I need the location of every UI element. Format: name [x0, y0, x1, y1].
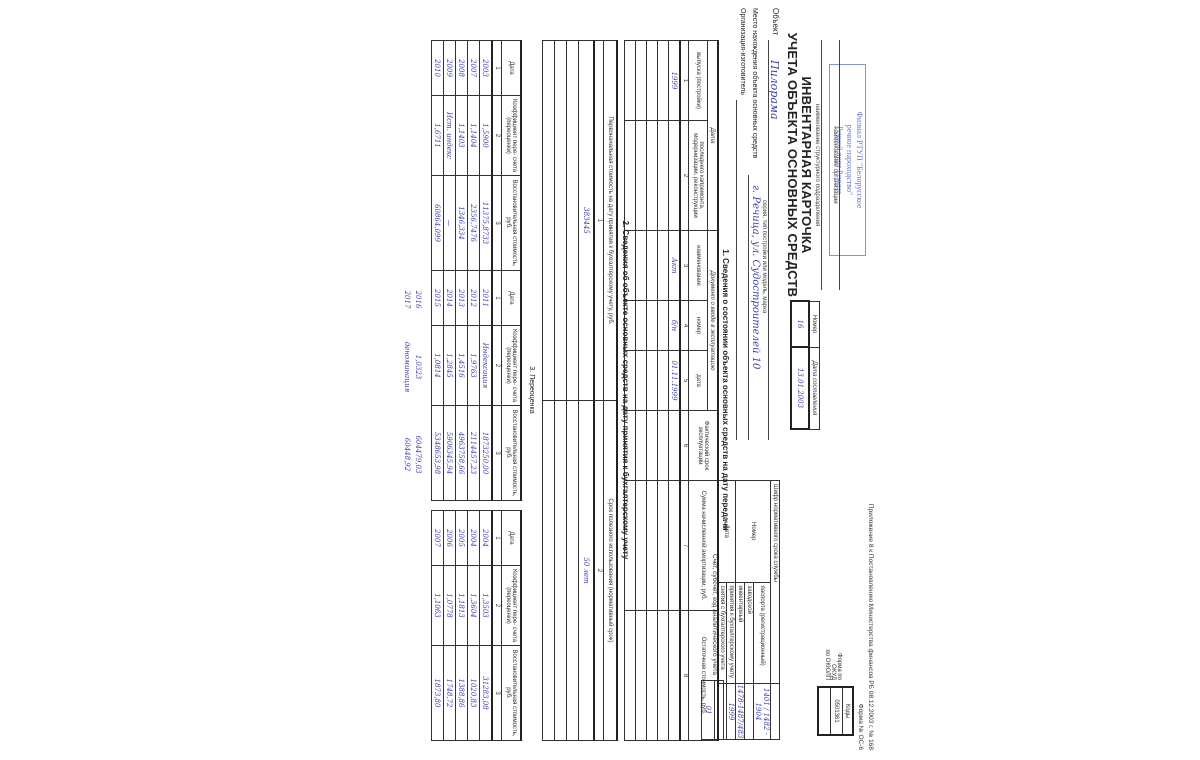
- reval-cost[interactable]: 1020,83: [468, 646, 480, 741]
- s2-useful-life[interactable]: 50 лет: [579, 401, 595, 741]
- reval-cost-header: Восстановительная стоимость, руб.: [502, 406, 522, 501]
- side-number-label: Номер: [736, 481, 771, 583]
- okud-code: 0501361: [831, 687, 843, 735]
- section2-table: Первоначальная стоимость на дату приняти…: [542, 40, 618, 741]
- reval-date[interactable]: 2014: [444, 271, 456, 326]
- reval-extra-cost[interactable]: 60448,92: [403, 407, 411, 502]
- reval-date[interactable]: 2011: [480, 271, 493, 326]
- form-number: Форма № ОС-6: [857, 600, 864, 750]
- revaluation-extra-row: 2017деноминация60448,92: [403, 272, 411, 502]
- org-name-caption: наименование организации: [832, 40, 838, 290]
- dept-name-caption: наименование структурного подразделения: [814, 40, 820, 290]
- reval-coefficient[interactable]: 1,0814: [432, 326, 444, 406]
- org-name-line: [839, 40, 840, 290]
- reval-date[interactable]: 2005: [456, 511, 468, 566]
- inventory-number-value[interactable]: 1478-1487/483: [736, 684, 745, 740]
- reval-extra-cost[interactable]: 604479,03: [414, 407, 422, 502]
- s1-date-group: Дата: [708, 41, 719, 231]
- revaluation-row: 20151,08145348653,98: [432, 271, 444, 501]
- okpo-label: по ОКЮЛП: [824, 640, 830, 680]
- revaluation-row: 2011Индексация1873250,00: [480, 271, 493, 501]
- object-value[interactable]: Пилорама: [768, 60, 781, 120]
- reval-date[interactable]: 2015: [432, 271, 444, 326]
- reval-date-header: Дата: [502, 41, 522, 96]
- section1-table: Дата Документ о вводе в эксплуатацию Фак…: [624, 40, 719, 741]
- s2-col2-label: Срок полезного использования (нормативны…: [604, 401, 618, 741]
- reval-extra-date[interactable]: 2016: [414, 272, 422, 327]
- s1-data-row: 1999 Акт б/н 01.11.1999: [669, 41, 681, 741]
- s1-col6-label: Фактический срок эксплуатации: [689, 411, 719, 481]
- reval-coefficient[interactable]: 1,3503: [480, 566, 493, 646]
- location-label: Место нахождения объекта основных средст…: [751, 8, 758, 158]
- codes-header: Коды: [843, 687, 854, 735]
- s1-repair-date[interactable]: [669, 121, 681, 231]
- reval-coefficient[interactable]: Ист. индекс: [444, 96, 456, 176]
- reval-coefficient[interactable]: 1,1404: [468, 96, 480, 176]
- reval-cost-header: Восстановительная стоимость, руб.: [502, 176, 522, 271]
- revaluation-table-2: ДатаКоэффициент пере- счета (переоценки)…: [431, 270, 522, 501]
- s1-service-life[interactable]: [669, 411, 681, 481]
- stamp-line-1: Филиал РТУП "Белорусское: [854, 65, 864, 255]
- reval-cost[interactable]: 60864,099: [432, 176, 444, 271]
- manufacturer-label: Организация-изготовитель: [739, 8, 746, 95]
- s1-doc-name[interactable]: Акт: [669, 231, 681, 301]
- reval-date[interactable]: 2006: [444, 511, 456, 566]
- s1-empty-row: [636, 41, 647, 741]
- reval-coef-header: Коэффициент пере- счета (переоценки): [502, 326, 522, 406]
- reval-cost[interactable]: 2356,7476: [468, 176, 480, 271]
- reval-extra-coefficient[interactable]: 1,0323: [414, 327, 422, 407]
- revaluation-row: 20071,10631873,80: [432, 511, 444, 741]
- section1-title: 1. Сведения о состоянии объекта основных…: [721, 40, 730, 740]
- reval-extra-date[interactable]: 2017: [403, 272, 411, 327]
- reval-coefficient[interactable]: 1,9763: [468, 326, 480, 406]
- reval-cost[interactable]: 31283,08: [480, 646, 493, 741]
- inventory-card-page: Приложение 8 к Постановлению Министерств…: [340, 0, 880, 760]
- reval-date[interactable]: 2004: [480, 511, 493, 566]
- reval-date[interactable]: 2010: [432, 41, 444, 96]
- revaluation-row: 20081,14031346,334: [456, 41, 468, 271]
- revaluation-row: 20071,14042356,7476: [468, 41, 480, 271]
- s1-release-date[interactable]: 1999: [669, 41, 681, 121]
- s1-col7-label: Сумма начисленной амортизации, руб.: [689, 481, 719, 611]
- reval-coefficient[interactable]: 1,0778: [444, 566, 456, 646]
- title-line-1: ИНВЕНТАРНАЯ КАРТОЧКА: [799, 40, 814, 290]
- dept-name-line: [821, 40, 822, 290]
- reval-coefficient[interactable]: Индексация: [480, 326, 493, 406]
- reval-cost[interactable]: 5348653,98: [432, 406, 444, 501]
- s2-col1-label: Первоначальная стоимость на дату приняти…: [604, 41, 618, 401]
- reval-coefficient[interactable]: 1,1063: [432, 566, 444, 646]
- reval-cost[interactable]: 1388,86: [456, 646, 468, 741]
- s1-empty-row: [658, 41, 669, 741]
- s1-depreciation[interactable]: [669, 481, 681, 611]
- reval-extra-coefficient[interactable]: деноминация: [403, 327, 411, 407]
- s1-doc-number[interactable]: б/н: [669, 301, 681, 351]
- passport-value[interactable]: 1401 / 1482 - 1904: [754, 684, 771, 740]
- title-line-2: УЧЕТА ОБЪЕКТА ОСНОВНЫХ СРЕДСТВ: [785, 25, 800, 305]
- card-date-label: Дата составления: [809, 347, 820, 429]
- reval-cost[interactable]: 1873250,00: [480, 406, 493, 501]
- location-value[interactable]: г. Речица, ул. Судостроителей 10: [750, 185, 761, 369]
- appendix-text: Приложение 8 к Постановлению Министерств…: [867, 400, 874, 750]
- s1-col1-label: выпуска (постройки): [689, 41, 708, 121]
- reval-date-header: Дата: [502, 271, 522, 326]
- card-number-value[interactable]: 16: [791, 301, 809, 347]
- revaluation-table-3: ДатаКоэффициент пере- счета (переоценки)…: [431, 510, 522, 741]
- reval-coefficient[interactable]: 1,4516: [456, 326, 468, 406]
- reval-cost[interactable]: 1346,334: [456, 176, 468, 271]
- factory-number-value[interactable]: [745, 684, 754, 740]
- reval-date-header: Дата: [502, 511, 522, 566]
- revaluation-row: 20061,07781748,72: [444, 511, 456, 741]
- revaluation-row: 20121,97632114457,23: [468, 271, 480, 501]
- reval-coefficient[interactable]: 1,5900: [480, 96, 493, 176]
- reval-date[interactable]: 2007: [468, 41, 480, 96]
- s1-col8-label: Остаточная стоимость, руб.: [689, 611, 719, 741]
- section3-title: 3. Переоценка: [528, 40, 535, 740]
- s1-doc-date[interactable]: 01.11.1999: [669, 351, 681, 411]
- reval-coefficient[interactable]: 1,6711: [432, 96, 444, 176]
- revaluation-row: 20031,590011375,8733: [480, 41, 493, 271]
- cipher-label: Шифр нормативного срока службы: [771, 481, 780, 684]
- reval-cost[interactable]: —: [444, 176, 456, 271]
- reval-cost-header: Восстановительная стоимость, руб.: [502, 646, 522, 741]
- reval-coefficient[interactable]: 1,2845: [444, 326, 456, 406]
- reval-date[interactable]: 2007: [432, 511, 444, 566]
- stamp-line-2: речное пароходство": [844, 65, 854, 255]
- revaluation-row: 20141,28455906345,94: [444, 271, 456, 501]
- cipher-value[interactable]: [771, 684, 780, 740]
- card-number-box: Номер Дата составления 16 13.01.2003: [790, 300, 820, 430]
- revaluation-row: 20051,18131388,86: [456, 511, 468, 741]
- reval-date[interactable]: 2013: [456, 271, 468, 326]
- reval-coef-header: Коэффициент пере- счета (переоценки): [502, 566, 522, 646]
- reval-date[interactable]: 2004: [468, 511, 480, 566]
- reval-cost[interactable]: 11375,8733: [480, 176, 493, 271]
- reval-cost[interactable]: 1873,80: [432, 646, 444, 741]
- card-date-value[interactable]: 13.01.2003: [791, 347, 809, 429]
- okud-label: Форма по ОКУД: [830, 640, 842, 680]
- s1-col2-label: последнего капремонта, модернизации, рек…: [689, 121, 708, 231]
- reval-coefficient[interactable]: 1,1403: [456, 96, 468, 176]
- revaluation-row: 2009Ист. индекс—: [444, 41, 456, 271]
- s1-col5-label: дата: [689, 351, 708, 411]
- inventory-number-label: инвентарный: [736, 582, 745, 684]
- revaluation-row: 20041,36041020,83: [468, 511, 480, 741]
- reval-cost[interactable]: 4963758,66: [456, 406, 468, 501]
- revaluation-extra-row: 20161,0323604479,03: [414, 272, 422, 502]
- factory-number-label: заводской: [745, 582, 754, 684]
- section2-title: 2. Сведения об объекте основных средств …: [621, 40, 630, 740]
- reval-date[interactable]: 2008: [456, 41, 468, 96]
- s1-number-row: 1 2 3 4 5 6 7 8: [681, 41, 689, 741]
- revaluation-table-1: ДатаКоэффициент пере- счета (переоценки)…: [431, 40, 522, 271]
- reval-date[interactable]: 2012: [468, 271, 480, 326]
- s1-doc-group: Документ о вводе в эксплуатацию: [708, 231, 719, 411]
- s1-residual-value[interactable]: [669, 611, 681, 741]
- card-number-label: Номер: [809, 301, 820, 347]
- s1-col3-label: наименование: [689, 231, 708, 301]
- s2-initial-cost[interactable]: 383445: [579, 41, 595, 401]
- codes-box: Коды 0501361: [817, 686, 854, 736]
- revaluation-row: 20101,671160864,099: [432, 41, 444, 271]
- revaluation-row: 20131,45164963758,66: [456, 271, 468, 501]
- reval-cost[interactable]: 5906345,94: [444, 406, 456, 501]
- revaluation-row: 20041,350331283,08: [480, 511, 493, 741]
- reval-coefficient[interactable]: 1,3604: [468, 566, 480, 646]
- s1-empty-row: [647, 41, 658, 741]
- okpo-code: [818, 687, 831, 735]
- reval-date[interactable]: 2003: [480, 41, 493, 96]
- object-label: Объект: [771, 8, 780, 35]
- reval-coef-header: Коэффициент пере- счета (переоценки): [502, 96, 522, 176]
- passport-label: паспорта (регистрационный): [754, 582, 771, 684]
- reval-cost[interactable]: 1748,72: [444, 646, 456, 741]
- reval-cost[interactable]: 2114457,23: [468, 406, 480, 501]
- s1-col4-label: номер: [689, 301, 708, 351]
- object-caption: серия, тип постройки или модель, марка: [761, 200, 767, 313]
- reval-coefficient[interactable]: 1,1813: [456, 566, 468, 646]
- reval-date[interactable]: 2009: [444, 41, 456, 96]
